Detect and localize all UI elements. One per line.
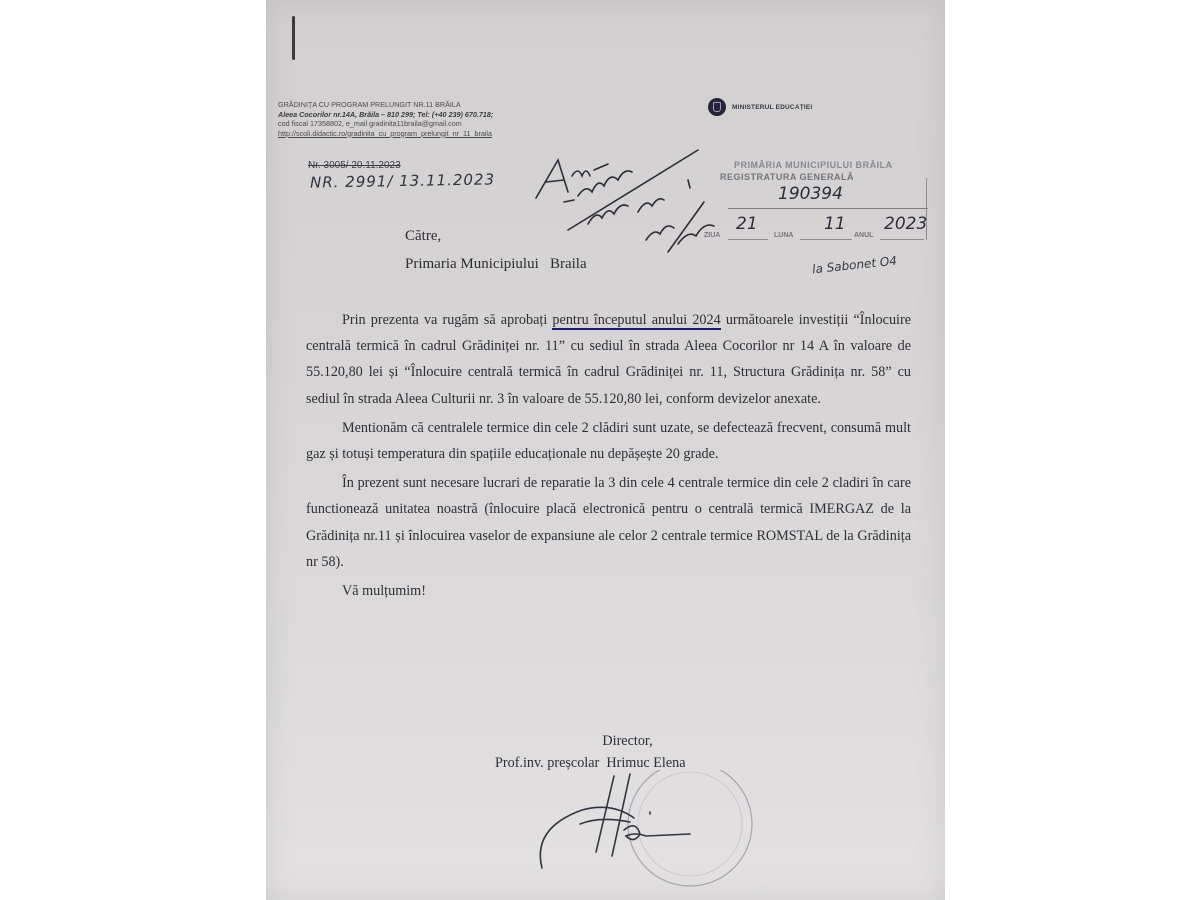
- signature-block: Director, Prof.inv. preșcolar Hrimuc Ele…: [495, 730, 735, 774]
- paragraph-condition: Mentionăm că centralele termice din cele…: [306, 415, 911, 467]
- handwritten-registration-number: NR. 2991/ 13.11.2023: [310, 170, 495, 191]
- stamp-institution: PRIMĂRIA MUNICIPIULUI BRĂILA: [734, 160, 893, 170]
- registry-stamp: PRIMĂRIA MUNICIPIULUI BRĂILA REGISTRATUR…: [700, 150, 930, 242]
- paragraph-repairs: În prezent sunt necesare lucrari de repa…: [306, 470, 911, 575]
- institution-address: Aleea Cocorilor nr.14A, Brăila – 810 299…: [278, 110, 618, 120]
- letter-body: Prin prezenta va rugăm să aprobați pentr…: [306, 307, 911, 607]
- signature-and-seal: [520, 770, 780, 890]
- stamp-month-label: LUNA: [774, 232, 793, 239]
- stamp-year-label: ANUL: [854, 232, 873, 239]
- recipient: Primaria Municipiului Braila: [405, 250, 587, 278]
- closing-thanks: Vă mulțumim!: [306, 578, 911, 604]
- addressee-block: Către, Primaria Municipiului Braila: [405, 222, 587, 278]
- paragraph-request: Prin prezenta va rugăm să aprobați pentr…: [306, 307, 911, 412]
- ministry-name: MINISTERUL EDUCAȚIEI: [732, 104, 812, 111]
- stamp-month: 11: [824, 214, 846, 234]
- pen-mark: [292, 16, 295, 60]
- coat-of-arms-icon: [708, 98, 726, 116]
- fiscal-email: cod fiscal 17358802, e_mail gradinita11b…: [278, 119, 618, 129]
- stamp-registry: REGISTRATURA GENERALĂ: [720, 172, 854, 182]
- underlined-phrase: pentru începutul anului 2024: [552, 312, 720, 330]
- website-link[interactable]: http://scoli.didactic.ro/gradinita_cu_pr…: [278, 129, 618, 139]
- stamp-year: 2023: [884, 214, 927, 234]
- signatory-role: Director,: [495, 730, 735, 752]
- letterhead: GRĂDINIȚA CU PROGRAM PRELUNGIT NR.11 BRĂ…: [278, 100, 618, 138]
- salutation: Către,: [405, 222, 587, 250]
- institution-name: GRĂDINIȚA CU PROGRAM PRELUNGIT NR.11 BRĂ…: [278, 100, 618, 110]
- stamp-day: 21: [736, 214, 758, 234]
- struck-registration-number: Nr. 3005/ 20.11.2023: [308, 160, 401, 171]
- ministry-logo: MINISTERUL EDUCAȚIEI: [708, 98, 812, 116]
- stamp-day-label: ZIUA: [704, 232, 720, 239]
- stamp-registration-number: 190394: [778, 184, 843, 204]
